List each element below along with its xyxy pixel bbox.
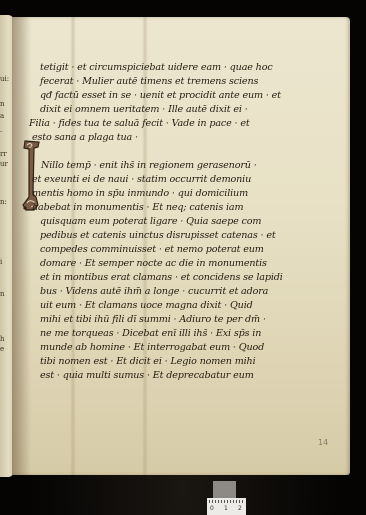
- grey-color-reference-chip: [213, 481, 236, 498]
- manuscript-text-line: compedes comminuisset · et nemo poterat …: [40, 244, 264, 255]
- scale-bar: 0 1 2: [207, 498, 246, 515]
- manuscript-text-line: et exeunti ei de naui · statim occurrit …: [32, 174, 251, 185]
- facing-page-text-fragment: n: [0, 290, 5, 298]
- facing-page-text-fragment: ur: [0, 160, 8, 168]
- manuscript-text-line: munde ab homine · Et interrogabat eum · …: [40, 342, 264, 353]
- manuscript-text-line: uit eum · Et clamans uoce magna dixit · …: [40, 300, 253, 311]
- manuscript-text-line: dixit ei omnem ueritatem · Ille autē dix…: [40, 104, 248, 115]
- manuscript-text-line: esto sana a plaga tua ·: [32, 132, 138, 143]
- manuscript-text-line: est · quia multi sumus · Et deprecabatur…: [40, 370, 254, 381]
- manuscript-text-line: bus · Videns autē ihm̄ a longe · cucurri…: [40, 286, 268, 297]
- manuscript-text-line: et in montibus erat clamans · et concide…: [40, 272, 283, 283]
- facing-page-text-fragment: n: [0, 100, 5, 108]
- folio-number: 14: [318, 438, 328, 447]
- facing-page-text-fragment: h: [0, 335, 5, 343]
- manuscript-text-line: habebat in monumentis · Et neq; catenis …: [32, 202, 243, 213]
- manuscript-text-line: ne me torqueas · Dicebat enī illi ihs̄ ·…: [40, 328, 261, 339]
- facing-page-text-fragment: a: [0, 112, 4, 120]
- scale-label: 0: [210, 505, 214, 512]
- manuscript-text-line: fecerat · Mulier autē timens et tremens …: [40, 76, 258, 87]
- facing-page-text-fragment: ui:: [0, 75, 9, 83]
- manuscript-text-line: tetigit · et circumspiciebat uidere eam …: [40, 62, 273, 73]
- manuscript-text-line: mihi et tibi ihū fili dī summi · Adiuro …: [40, 314, 266, 325]
- manuscript-text-line: quisquam eum poterat ligare · Quia saepe…: [40, 216, 261, 227]
- facing-page-text-fragment: e: [0, 345, 4, 353]
- facing-page-text-fragment: rr: [0, 150, 7, 158]
- facing-page-text-fragment: i: [0, 258, 2, 266]
- manuscript-text-line: tibi nomen est · Et dicit ei · Legio nom…: [40, 356, 256, 367]
- facing-page-text-fragment: .: [0, 126, 2, 134]
- manuscript-text-line: Nillo temp̄ · enit ihs̄ in regionem gera…: [41, 160, 257, 171]
- manuscript-text-line: qđ factū esset in se · uenit et procidit…: [40, 90, 281, 101]
- manuscript-text-line: domare · Et semper nocte ac die in monum…: [40, 258, 267, 269]
- scale-label: 1: [224, 505, 228, 512]
- page-gutter-shadow: [12, 17, 30, 475]
- scale-ticks: [209, 500, 244, 503]
- facing-page-text-fragment: n:: [0, 198, 7, 206]
- scale-label: 2: [238, 505, 242, 512]
- manuscript-text-line: mentis homo in sp̄u inmundo · qui domici…: [32, 188, 248, 199]
- manuscript-text-line: Filia · fides tua te saluā fecit · Vade …: [29, 118, 250, 129]
- manuscript-text-line: pedibus et catenis uinctus disrupisset c…: [40, 230, 276, 241]
